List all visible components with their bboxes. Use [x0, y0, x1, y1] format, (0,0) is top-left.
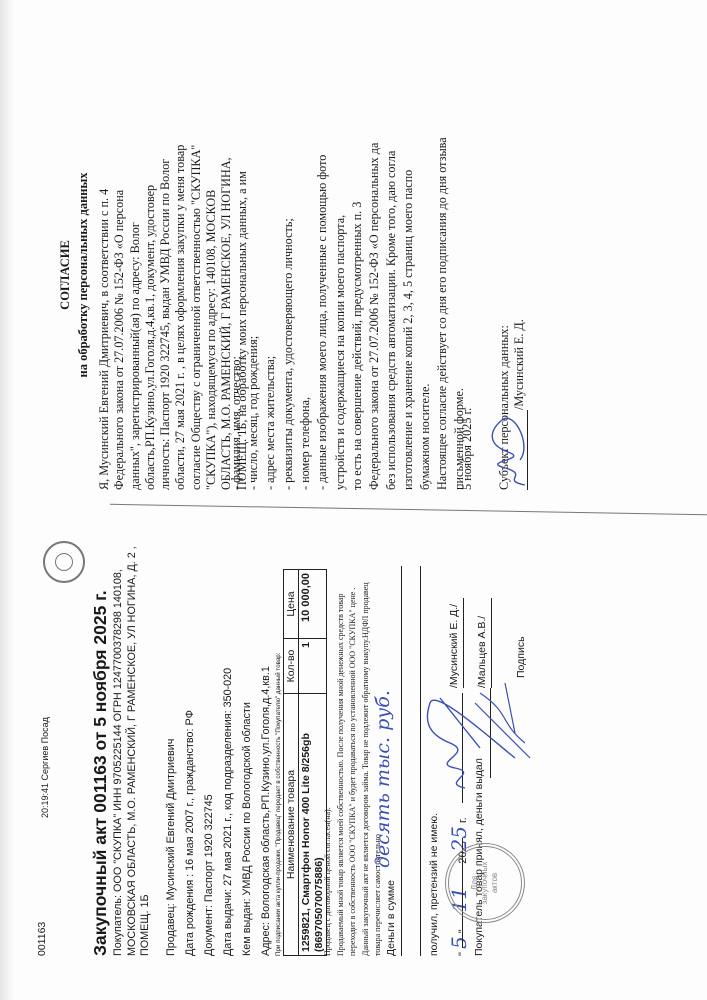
money-amount-label: Деньги в сумме: [385, 880, 397, 956]
seller-name: Продавец: Мусинский Евгений Дмитриевич: [165, 739, 177, 956]
list-item: - адрес места жительства;: [262, 155, 279, 490]
seller-issued-by: Кем выдан: УМВД России по Вологодской об…: [241, 702, 253, 956]
seller-address: Адрес: Вологодская область,РП.Кузино,ул.…: [260, 666, 272, 956]
header-price: Цена: [284, 570, 299, 639]
list-item: - реквизиты документа, удостоверяющего л…: [280, 155, 297, 490]
consent-signature-scribble: [490, 410, 535, 490]
date-day-handwritten: 5: [447, 936, 471, 949]
consent-subject-name: /Мусинский Е. Д.: [512, 319, 527, 410]
transfer-note: При подписании акта купли-продажи, "Прод…: [275, 653, 282, 956]
money-underline: [401, 566, 402, 956]
consent-subtitle: на обработку персональных данных: [76, 60, 91, 490]
list-item: - число, месяц, год рождения;: [245, 155, 262, 490]
seller-issue-date: Дата выдачи: 27 мая 2021 г., код подразд…: [222, 668, 234, 956]
seller-document: Документ: Паспорт 1920 322745: [203, 794, 215, 956]
personal-data-consent: СОГЛАСИЕ на обработку персональных данны…: [0, 0, 707, 490]
goods-table: Наименование товара Кол-во Цена 1259821,…: [283, 569, 327, 956]
price-agreement: Продавец с договорной ценой согласен(на)…: [322, 566, 335, 956]
act-title: Закупочный акт 001163 от 5 ноября 2025 г…: [90, 590, 111, 956]
company-stamp: Для закупочных актов: [445, 843, 525, 923]
buyer-info: Покупатель: ООО "СКУПКА" ИНН 9705225144 …: [112, 511, 153, 956]
buyer-signature-scribble: [470, 673, 540, 763]
list-item: - номер телефона,: [297, 155, 314, 490]
seller-name-underline: [463, 598, 464, 688]
act-timestamp-location: 20:19:41 Сергиев Посад: [40, 717, 50, 818]
money-amount-handwritten: десять тыс. руб.: [372, 690, 394, 868]
consent-date: 5 ноября 2025 г.: [460, 408, 475, 490]
list-item: - фамилия, имя, отчество;: [228, 155, 245, 490]
purchase-act: 001163 20:19:41 Сергиев Посад Закупочный…: [0, 508, 707, 978]
seller-signature-name: /Мусинский Е. Д./: [448, 604, 460, 688]
list-item: - данные изображения моего лица, получен…: [314, 155, 331, 490]
act-number: 001163: [36, 922, 48, 956]
header-quantity: Кол-во: [284, 639, 299, 694]
header-item-name: Наименование товара: [284, 694, 299, 956]
consent-terms: устройств и содержащиеся на копии моего …: [332, 137, 468, 490]
signature-caption: Подпись: [515, 636, 527, 678]
scanned-document: 001163 20:19:41 Сергиев Посад Закупочный…: [0, 0, 707, 1000]
item-name-line1: 1259821, Смартфон Honor 400 Lite 8/256gb: [300, 697, 313, 952]
received-statement: получил, претензий не имею.: [428, 813, 440, 956]
consent-data-list: - фамилия, имя, отчество; - число, месяц…: [228, 155, 331, 490]
seller-birth-date: Дата рождения : 16 мая 2007 г., гражданс…: [184, 710, 196, 956]
company-logo-icon: [43, 541, 85, 583]
consent-title: СОГЛАСИЕ: [58, 60, 73, 490]
